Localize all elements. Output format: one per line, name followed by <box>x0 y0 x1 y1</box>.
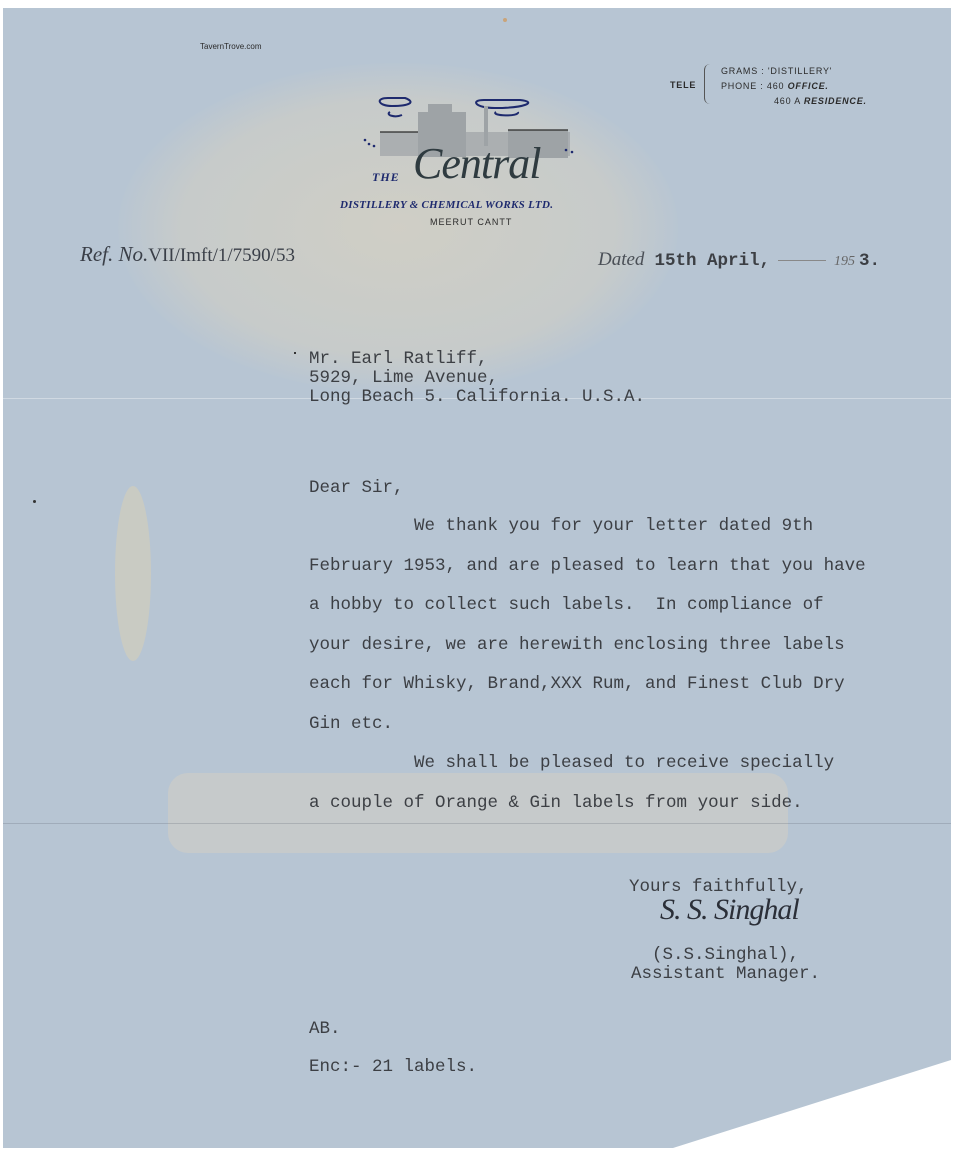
phone-residence-number: 460 A <box>774 96 804 106</box>
date-text: 15th April, <box>654 251 770 271</box>
reference-line: Ref. No.VII/Imft/1/7590/53 <box>80 242 295 267</box>
date-rule <box>778 260 826 261</box>
phone-residence: RESIDENCE. <box>804 96 867 106</box>
letterhead-the: THE <box>372 170 400 185</box>
paper-stain <box>115 486 151 661</box>
salutation: Dear Sir, <box>309 469 404 509</box>
fold-line <box>3 823 951 824</box>
paper-speck <box>294 352 296 354</box>
dated-label: Dated <box>598 249 644 270</box>
reference-label: Ref. No. <box>80 242 148 266</box>
date-line: Dated 15th April, 195 3. <box>598 249 880 271</box>
recipient-address: Mr. Earl Ratliff, 5929, Lime Avenue, Lon… <box>309 350 645 407</box>
watermark: TavernTrove.com <box>200 42 262 51</box>
reference-number: VII/Imft/1/7590/53 <box>148 245 295 266</box>
tele-label: TELE <box>670 80 696 90</box>
phone-office: OFFICE. <box>788 81 829 91</box>
brace-icon <box>704 64 711 104</box>
phone-office-line: PHONE : 460 OFFICE. <box>721 81 829 91</box>
paper-speck <box>33 500 36 503</box>
paper-mark <box>503 18 507 22</box>
year-digit: 3. <box>859 251 880 271</box>
signatory: (S.S.Singhal), Assistant Manager. <box>631 946 820 984</box>
grams-line: GRAMS : 'DISTILLERY' <box>721 66 832 76</box>
phone-residence-line: 460 A RESIDENCE. <box>774 96 867 106</box>
handwritten-signature: S. S. Singhal <box>660 893 799 927</box>
enclosure-note: Enc:- 21 labels. <box>309 1048 477 1088</box>
company-name: DISTILLERY & CHEMICAL WORKS LTD. <box>340 199 553 211</box>
phone-label: PHONE : 460 <box>721 81 788 91</box>
letter-body: We thank you for your letter dated 9th F… <box>309 507 866 823</box>
company-city: MEERUT CANTT <box>430 217 512 227</box>
year-prefix: 195 <box>834 254 855 269</box>
letterhead-script-name: Central <box>413 138 540 189</box>
typist-initials: AB. <box>309 1010 341 1050</box>
